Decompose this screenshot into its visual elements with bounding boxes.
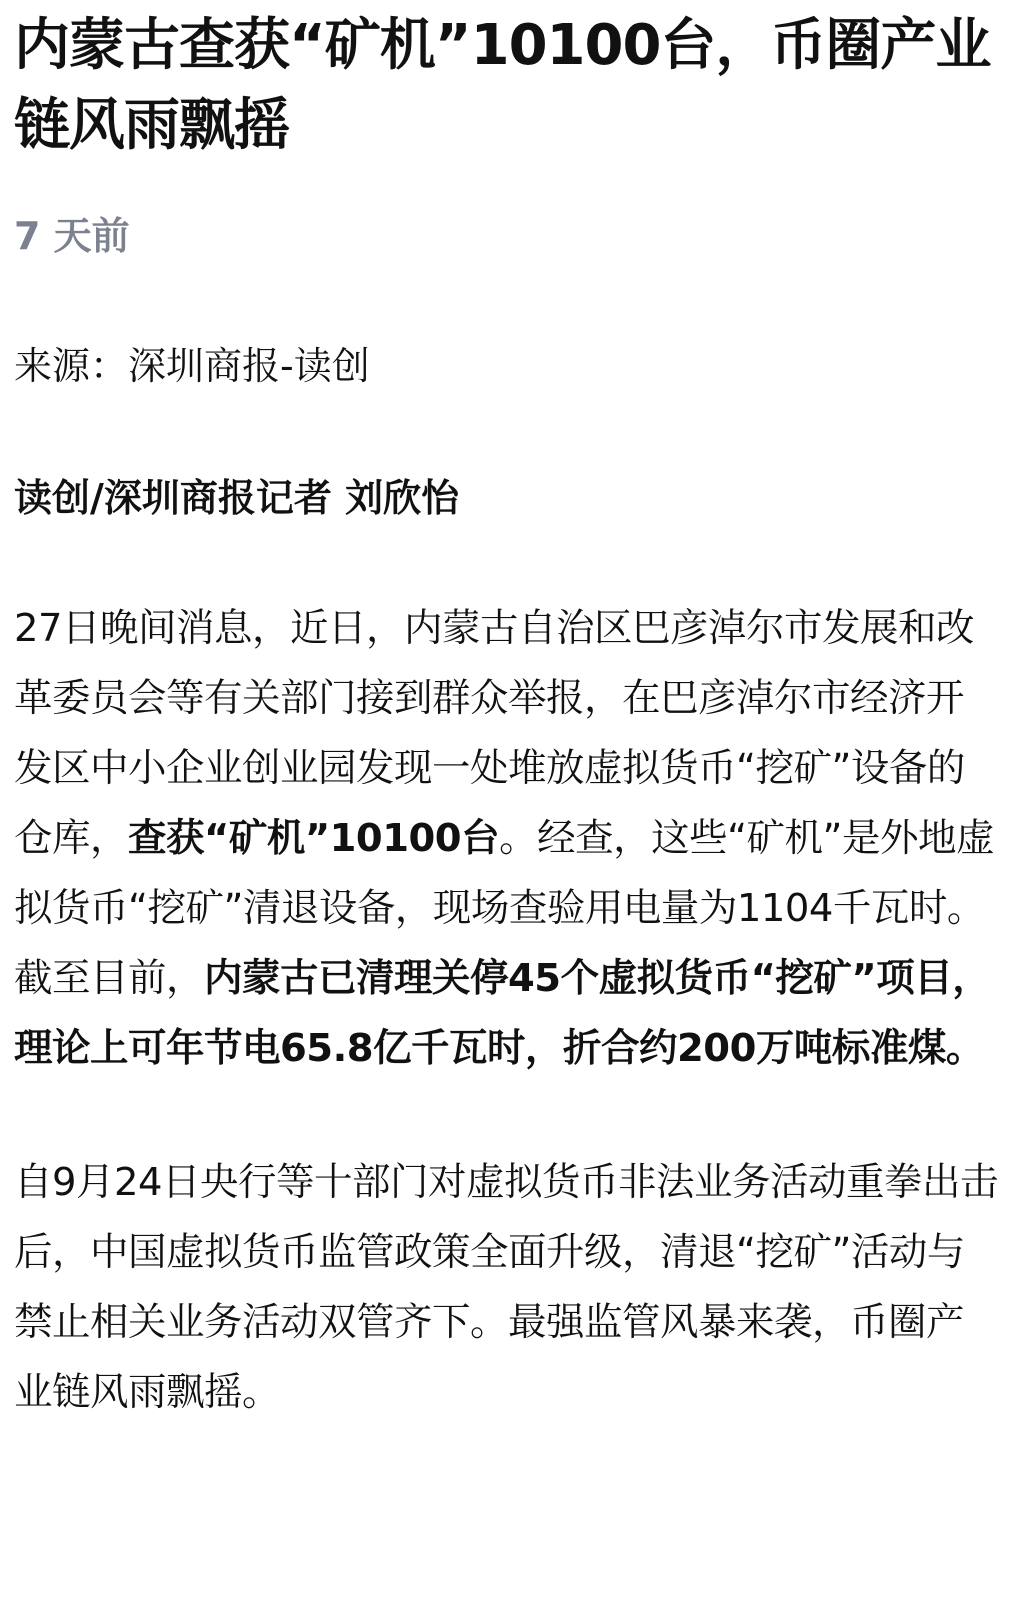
paragraph-2: 自9月24日央行等十部门对虚拟货币非法业务活动重拳出击后，中国虚拟货币监管政策全… [14, 1148, 1000, 1428]
paragraph-1: 27日晚间消息，近日，内蒙古自治区巴彦淖尔市发展和改革委员会等有关部门接到群众举… [14, 594, 1000, 1084]
article-byline: 读创/深圳商报记者 刘欣怡 [14, 468, 1000, 528]
paragraph-2-text: 自9月24日央行等十部门对虚拟货币非法业务活动重拳出击后，中国虚拟货币监管政策全… [14, 1160, 998, 1415]
publish-time: 7 天前 [14, 206, 1000, 266]
article: 内蒙古查获“矿机”10100台，币圈产业链风雨飘摇 7 天前 来源：深圳商报-读… [0, 6, 1014, 1428]
article-source: 来源：深圳商报-读创 [14, 336, 1000, 396]
article-title: 内蒙古查获“矿机”10100台，币圈产业链风雨飘摇 [14, 6, 1000, 166]
paragraph-1-highlight-1: 查获“矿机”10100台 [128, 816, 499, 861]
